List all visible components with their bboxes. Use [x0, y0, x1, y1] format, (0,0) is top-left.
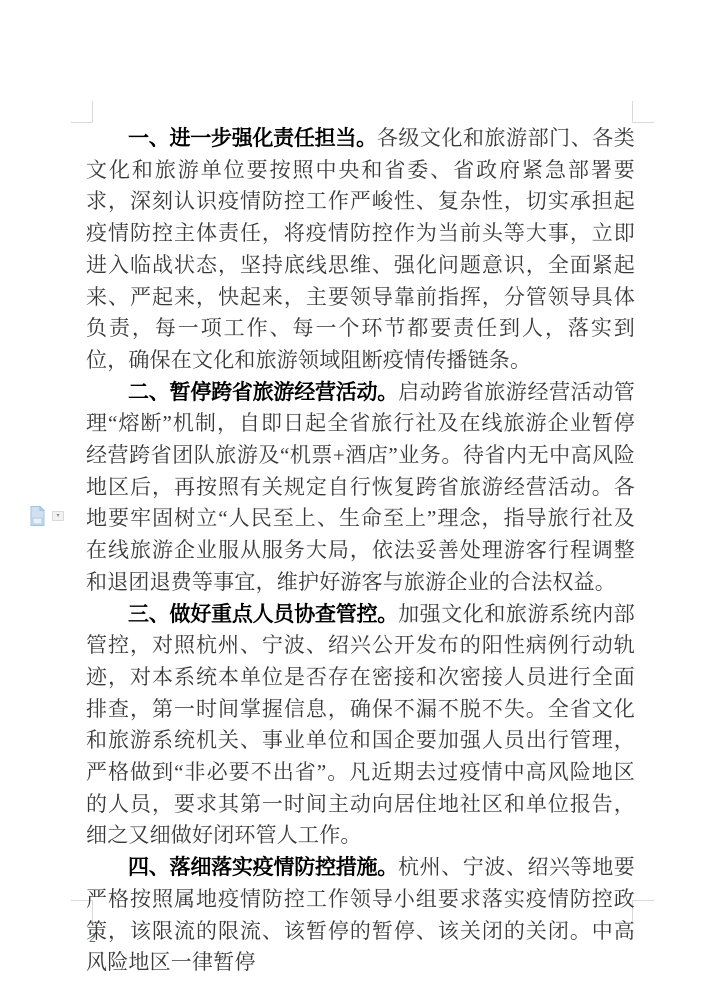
crop-mark-top-right — [632, 101, 654, 123]
document-page: ▾ 一、进一步强化责任担当。各级文化和旅游部门、各类文化和旅游单位要按照中央和省… — [0, 0, 720, 1008]
crop-mark-bottom-right — [632, 900, 654, 922]
paragraph-1-heading: 一、进一步强化责任担当。 — [128, 127, 377, 150]
paragraph-3-heading: 三、做好重点人员协查管控。 — [128, 603, 398, 626]
document-body: 一、进一步强化责任担当。各级文化和旅游部门、各类文化和旅游单位要按照中央和省委、… — [86, 123, 635, 979]
paragraph-2-heading: 二、暂停跨省旅游经营活动。 — [128, 381, 398, 404]
paragraph-4: 四、落细落实疫情防控措施。杭州、宁波、绍兴等地要严格按照属地疫情防控工作领导小组… — [86, 852, 635, 979]
paragraph-1: 一、进一步强化责任担当。各级文化和旅游部门、各类文化和旅游单位要按照中央和省委、… — [86, 123, 635, 377]
paragraph-4-heading: 四、落细落实疫情防控措施。 — [128, 856, 398, 879]
paragraph-3-text: 加强文化和旅游系统内部管控，对照杭州、宁波、绍兴公开发布的阳性病例行动轨迹，对本… — [86, 602, 635, 848]
paragraph-2: 二、暂停跨省旅游经营活动。启动跨省旅游经营活动管理“熔断”机制，自即日起全省旅行… — [86, 377, 635, 599]
paste-options-dropdown-icon[interactable]: ▾ — [52, 511, 64, 521]
paragraph-2-text: 启动跨省旅游经营活动管理“熔断”机制，自即日起全省旅行社及在线旅游企业暂停经营跨… — [86, 380, 635, 594]
paste-options-button[interactable]: ▾ — [29, 505, 65, 529]
page-number: 2 — [89, 931, 96, 947]
paragraph-1-text: 各级文化和旅游部门、各类文化和旅游单位要按照中央和省委、省政府紧急部署要求，深刻… — [86, 126, 635, 372]
paragraph-3: 三、做好重点人员协查管控。加强文化和旅游系统内部管控，对照杭州、宁波、绍兴公开发… — [86, 599, 635, 853]
crop-mark-top-left — [71, 101, 93, 123]
